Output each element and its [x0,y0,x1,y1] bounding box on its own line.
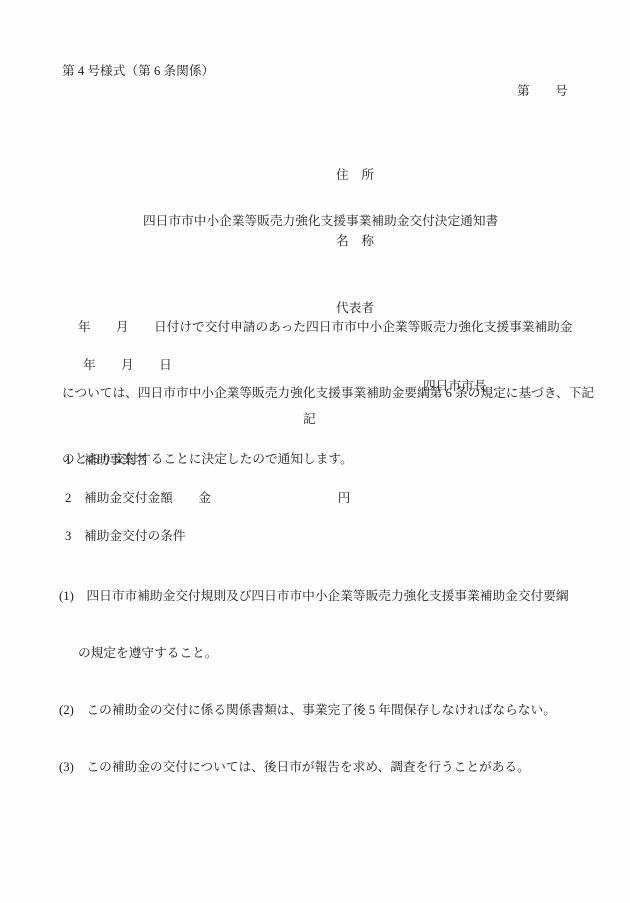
list-item-grant-amount: 2 補助金交付金額 金 円 [65,489,350,508]
issue-date-line: 年 月 日 [83,356,172,375]
body-line: については、四日市市中小企業等販売力強化支援事業補助金要綱第 6 条の規定に基づ… [62,382,594,404]
form-number: 第 4 号様式（第 6 条関係） [62,62,214,81]
document-page: 第 4 号様式（第 6 条関係） 第 号 住 所 名 称 代表者 四日市市中小企… [0,0,630,903]
condition-item-2: (2) この補助金の交付に係る関係書類は、事業完了後 5 年間保存しなければなら… [59,701,569,720]
body-paragraph: 年 月 日付けで交付申請のあった四日市市中小企業等販売力強化支援事業補助金 につ… [62,272,594,514]
condition-item-1: (1) 四日市市補助金交付規則及び四日市市中小企業等販売力強化支援事業補助金交付… [59,587,569,606]
body-line: 年 月 日付けで交付申請のあった四日市市中小企業等販売力強化支援事業補助金 [62,316,594,338]
conditions-list: (1) 四日市市補助金交付規則及び四日市市中小企業等販売力強化支援事業補助金交付… [59,549,569,815]
document-number-placeholder: 第 号 [517,82,568,101]
addressee-name-label: 名 称 [336,230,374,252]
record-heading: 記 [303,410,316,429]
addressee-address-label: 住 所 [336,164,374,186]
signer-name: 四日市市長 [423,377,486,396]
condition-item-1-continued: の規定を遵守すること。 [78,644,569,663]
condition-item-3: (3) この補助金の交付については、後日市が報告を求め、調査を行うことがある。 [59,758,569,777]
list-item-project-name: 1 補助事業名 [65,451,147,470]
document-title: 四日市市中小企業等販売力強化支援事業補助金交付決定通知書 [143,212,498,231]
list-item-grant-conditions: 3 補助金交付の条件 [65,527,186,546]
